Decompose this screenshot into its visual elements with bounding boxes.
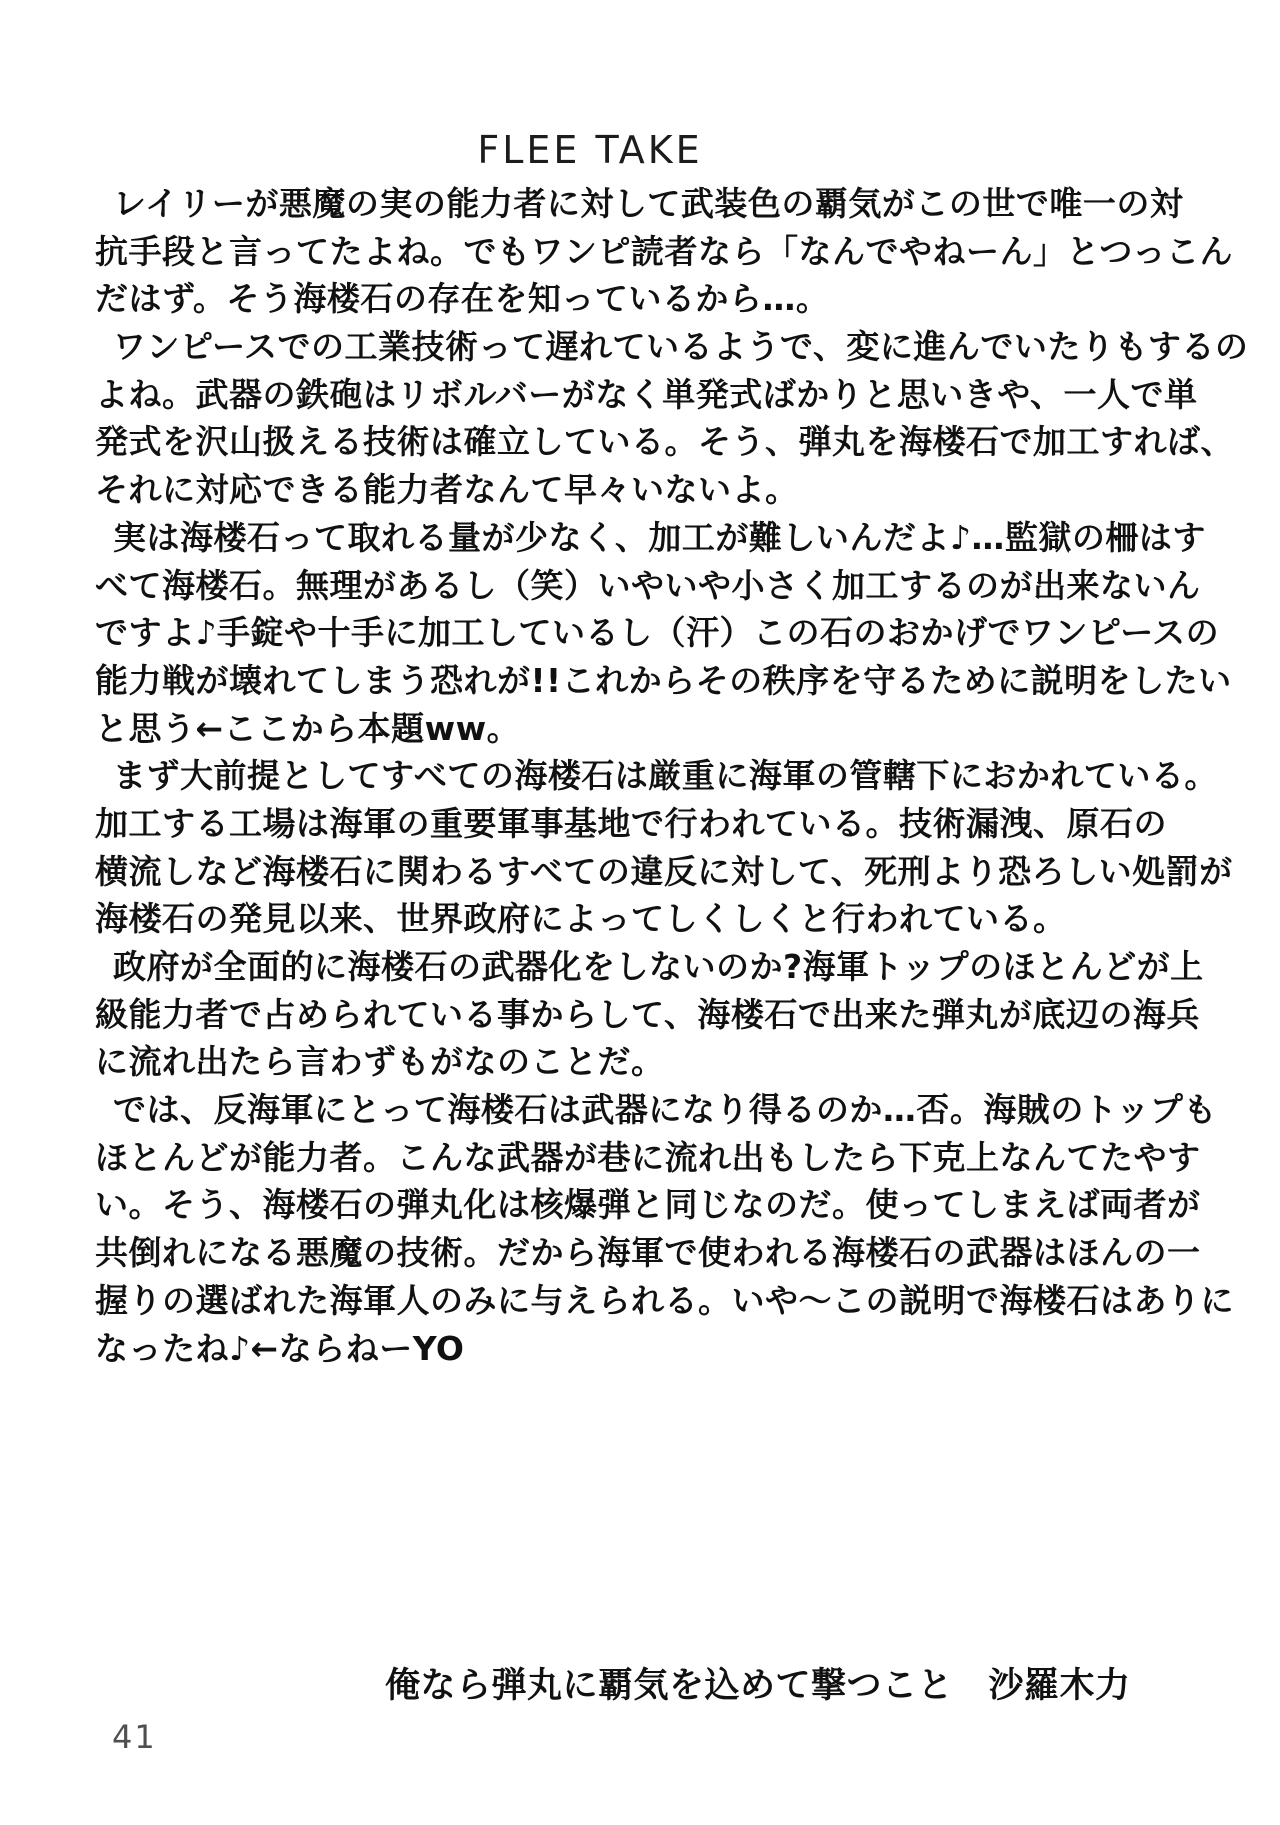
text-line: 抗手段と言ってたよね。でもワンピ読者なら「なんでやねーん」とつっこん <box>95 228 1195 276</box>
page-title: FLEE TAKE <box>380 128 800 172</box>
text-line: 握りの選ばれた海軍人のみに与えられる。いや〜この説明で海楼石はありに <box>95 1277 1195 1325</box>
text-line: 加工する工場は海軍の重要軍事基地で行われている。技術漏洩、原石の <box>95 800 1195 848</box>
text-line: レイリーが悪魔の実の能力者に対して武装色の覇気がこの世で唯一の対 <box>95 180 1195 228</box>
text-line: 能力戦が壊れてしまう恐れが!!これからその秩序を守るために説明をしたい <box>95 657 1195 705</box>
signature-line: 俺なら弾丸に覇気を込めて撃つこと 沙羅木力 <box>385 1658 1131 1708</box>
text-line: 政府が全面的に海楼石の武器化をしないのか?海軍トップのほとんどが上 <box>95 943 1195 991</box>
text-line: 共倒れになる悪魔の技術。だから海軍で使われる海楼石の武器はほんの一 <box>95 1229 1195 1277</box>
text-line: 発式を沢山扱える技術は確立している。そう、弾丸を海楼石で加工すれば、 <box>95 418 1195 466</box>
text-line: べて海楼石。無理があるし（笑）いやいや小さく加工するのが出来ないん <box>95 562 1195 610</box>
text-line: なったね♪←ならねーYO <box>95 1325 1195 1373</box>
text-line: では、反海軍にとって海楼石は武器になり得るのか…否。海賊のトップも <box>95 1086 1195 1134</box>
text-line: と思う←ここから本題ww。 <box>95 705 1195 753</box>
text-line: 横流しなど海楼石に関わるすべての違反に対して、死刑より恐ろしい処罰が <box>95 848 1195 896</box>
text-line: だはず。そう海楼石の存在を知っているから…。 <box>95 275 1195 323</box>
document-page: FLEE TAKE レイリーが悪魔の実の能力者に対して武装色の覇気がこの世で唯一… <box>0 0 1280 1825</box>
body-text: レイリーが悪魔の実の能力者に対して武装色の覇気がこの世で唯一の対抗手段と言ってた… <box>95 180 1195 1372</box>
page-number: 41 <box>112 1718 157 1756</box>
text-line: に流れ出たら言わずもがなのことだ。 <box>95 1038 1195 1086</box>
text-line: ほとんどが能力者。こんな武器が巷に流れ出もしたら下克上なんてたやす <box>95 1134 1195 1182</box>
text-line: ですよ♪手錠や十手に加工しているし（汗）この石のおかげでワンピースの <box>95 609 1195 657</box>
text-line: それに対応できる能力者なんて早々いないよ。 <box>95 466 1195 514</box>
text-line: 海楼石の発見以来、世界政府によってしくしくと行われている。 <box>95 895 1195 943</box>
text-line: まず大前提としてすべての海楼石は厳重に海軍の管轄下におかれている。 <box>95 752 1195 800</box>
text-line: よね。武器の鉄砲はリボルバーがなく単発式ばかりと思いきや、一人で単 <box>95 371 1195 419</box>
text-line: 級能力者で占められている事からして、海楼石で出来た弾丸が底辺の海兵 <box>95 991 1195 1039</box>
text-line: い。そう、海楼石の弾丸化は核爆弾と同じなのだ。使ってしまえば両者が <box>95 1181 1195 1229</box>
text-line: 実は海楼石って取れる量が少なく、加工が難しいんだよ♪…監獄の柵はす <box>95 514 1195 562</box>
text-line: ワンピースでの工業技術って遅れているようで、変に進んでいたりもするの <box>95 323 1195 371</box>
